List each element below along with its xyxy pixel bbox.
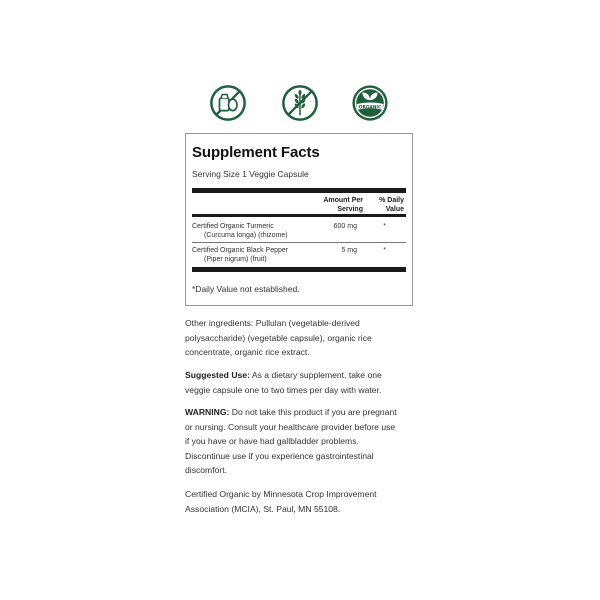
divider-thick [192, 188, 406, 193]
row-divider [192, 242, 406, 243]
divider-thick [192, 267, 406, 272]
suggested-use-label: Suggested Use: [185, 370, 250, 380]
warning-text: Discontinue use if you experience gastro… [185, 449, 425, 464]
certification-text: Association (MCIA), St. Paul, MN 55108. [185, 502, 425, 517]
warning-text: discomfort. [185, 463, 425, 478]
other-ingredients-line: concentrate, organic rice extract. [185, 345, 425, 360]
no-dairy-egg-icon [209, 84, 247, 122]
suggested-use-text: As a dietary supplement, take one [250, 370, 382, 380]
header-dv-line2: Value [379, 205, 404, 214]
gluten-free-wheat-icon [281, 84, 319, 122]
ingredient-daily-value: * [383, 222, 386, 231]
header-dv-line1: % Daily [379, 196, 404, 205]
supplement-facts-panel: Supplement Facts Serving Size 1 Veggie C… [185, 133, 413, 306]
ingredient-amount: 5 mg [341, 246, 357, 255]
divider-medium [192, 214, 406, 217]
serving-size: Serving Size 1 Veggie Capsule [192, 169, 309, 179]
header-amount-line1: Amount Per [323, 196, 363, 205]
ingredient-daily-value: * [383, 246, 386, 255]
daily-value-footnote: *Daily Value not established. [192, 284, 300, 294]
ingredient-source: (Piper nigrum) (fruit) [204, 255, 267, 264]
header-amount-per-serving: Amount Per Serving [323, 196, 363, 214]
ingredient-source: (Curcuma longa) (rhizome) [204, 231, 288, 240]
suggested-use-text: veggie capsule one to two times per day … [185, 383, 425, 398]
ingredient-name: Certified Organic Black Pepper [192, 246, 288, 255]
other-ingredients-line: Other ingredients: Pullulan (vegetable-d… [185, 316, 425, 331]
header-amount-line2: Serving [323, 205, 363, 214]
warning-text: Do not take this product if you are preg… [229, 407, 396, 417]
header-daily-value: % Daily Value [379, 196, 404, 214]
ingredient-amount: 600 mg [334, 222, 357, 231]
other-ingredients: Other ingredients: Pullulan (vegetable-d… [185, 316, 425, 360]
warning-text: or nursing. Consult your healthcare prov… [185, 420, 425, 435]
organic-leaf-icon: ORGANIC [351, 84, 389, 122]
other-ingredients-line: polysaccharide) (vegetable capsule), org… [185, 331, 425, 346]
certification-text: Certified Organic by Minnesota Crop Impr… [185, 487, 425, 502]
organic-certification: Certified Organic by Minnesota Crop Impr… [185, 487, 425, 516]
warning-text: if you have or have had gallbladder prob… [185, 434, 425, 449]
ingredient-name: Certified Organic Turmeric [192, 222, 274, 231]
warning: WARNING: Do not take this product if you… [185, 405, 425, 478]
badge-row: ORGANIC [0, 84, 600, 124]
suggested-use: Suggested Use: As a dietary supplement, … [185, 368, 425, 397]
supplement-facts-title: Supplement Facts [192, 144, 320, 161]
organic-badge-label: ORGANIC [359, 105, 382, 111]
warning-label: WARNING: [185, 407, 229, 417]
